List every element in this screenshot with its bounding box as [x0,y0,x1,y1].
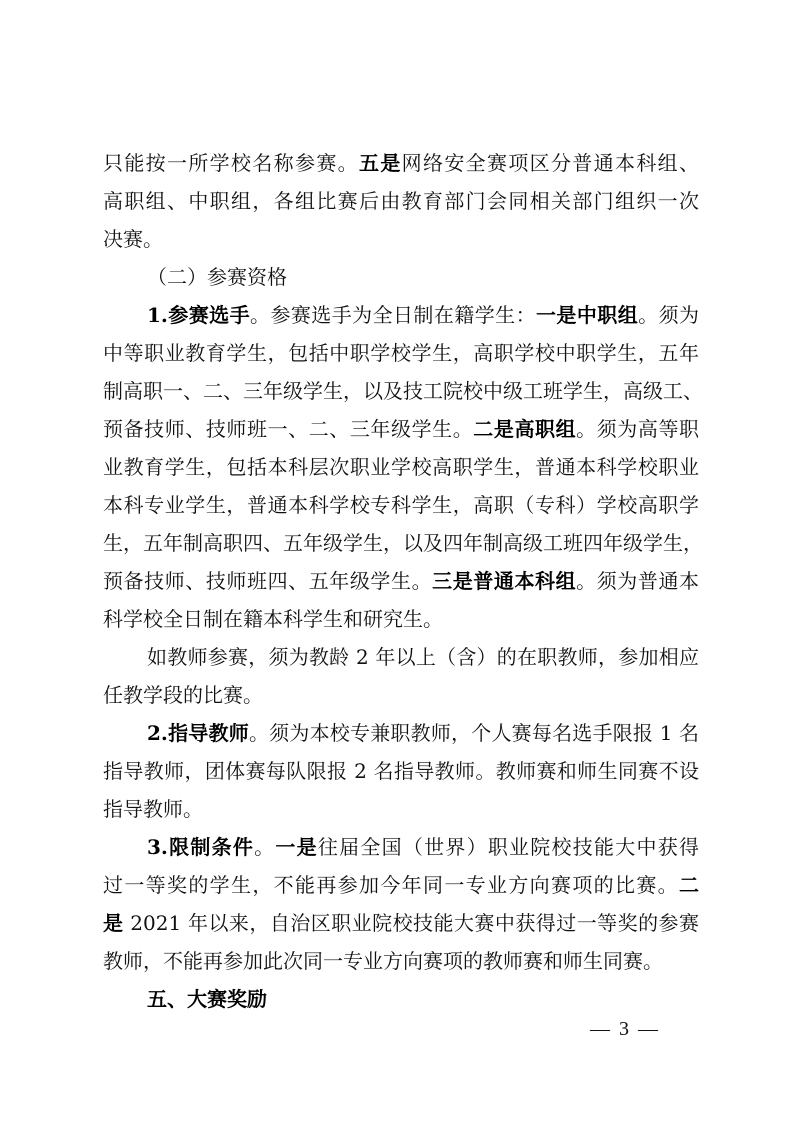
text: 预备技师、技师班一、二、三年级学生。 [103,417,473,441]
bold-text: 是 [103,911,123,935]
text-line: 教师，不能再参加此次同一专业方向赛项的教师赛和师生同赛。 [103,946,699,976]
text-line: 3.限制条件。一是往届全国（世界）职业院校技能大中获得 [147,832,699,862]
text: 教师，不能再参加此次同一专业方向赛项的教师赛和师生同赛。 [103,949,663,973]
page-number: — 3 — [590,1018,660,1041]
text: （二）参赛资格 [147,265,287,289]
text: 业教育学生，包括本科层次职业学校高职学生，普通本科学校职业 [103,455,699,479]
text: 。 [254,835,275,859]
text: 往届全国（世界）职业院校技能大中获得 [318,835,699,859]
text: 生，五年制高职四、五年级学生，以及四年制高级工班四年级学生， [103,531,699,555]
bold-text: 五、大赛奖励 [147,987,267,1011]
bold-text: 二是高职组 [473,417,576,441]
text: 指导教师。 [103,797,203,821]
text: 本科专业学生，普通本科学校专科学生，高职（专科）学校高职学 [103,493,699,517]
text: 如教师参赛，须为教龄 2 年以上（含）的在职教师，参加相应 [147,645,699,669]
text-line: 1.参赛选手。参赛选手为全日制在籍学生：一是中职组。须为 [147,300,699,330]
text-line: 预备技师、技师班一、二、三年级学生。二是高职组。须为高等职 [103,414,699,444]
text: 。须为 [638,303,699,327]
section-heading: 五、大赛奖励 [147,984,699,1014]
text-line: 2.指导教师。须为本校专兼职教师，个人赛每名选手限报 1 名 [147,718,699,748]
text-line: 只能按一所学校名称参赛。五是网络安全赛项区分普通本科组、 [103,148,699,178]
text: 。参赛选手为全日制在籍学生： [250,303,536,327]
text: 高职组、中职组，各组比赛后由教育部门会同相关部门组织一次 [103,189,699,213]
bold-text: 三是普通本科组 [432,569,576,593]
text: 预备技师、技师班四、五年级学生。 [103,569,432,593]
text: 。须为普通本 [576,569,699,593]
text: 中等职业教育学生，包括中职学校学生，高职学校中职学生，五年 [103,341,699,365]
text: 指导教师，团体赛每队限报 2 名指导教师。教师赛和师生同赛不设 [103,759,699,783]
text-line: 指导教师。 [103,794,699,824]
text-line: 科学校全日制在籍本科学生和研究生。 [103,604,699,634]
text-line: 过一等奖的学生，不能再参加今年同一专业方向赛项的比赛。二 [103,870,699,900]
text: 制高职一、二、三年级学生，以及技工院校中级工班学生，高级工、 [103,379,699,403]
text-line: 任教学段的比赛。 [103,680,699,710]
text-line: 业教育学生，包括本科层次职业学校高职学生，普通本科学校职业 [103,452,699,482]
text: 网络安全赛项区分普通本科组、 [402,151,699,175]
text: 决赛。 [103,227,163,251]
text: 2021 年以来，自治区职业院校技能大赛中获得过一等奖的参赛 [123,911,699,935]
text-line: 是 2021 年以来，自治区职业院校技能大赛中获得过一等奖的参赛 [103,908,699,938]
document-page: 只能按一所学校名称参赛。五是网络安全赛项区分普通本科组、高职组、中职组，各组比赛… [0,0,793,1122]
text: 。须为高等职 [576,417,699,441]
text-line: 高职组、中职组，各组比赛后由教育部门会同相关部门组织一次 [103,186,699,216]
bold-text: 五是 [359,151,402,175]
text: 科学校全日制在籍本科学生和研究生。 [103,607,443,631]
text-line: 决赛。 [103,224,699,254]
text-line: 中等职业教育学生，包括中职学校学生，高职学校中职学生，五年 [103,338,699,368]
bold-text: 二 [679,873,699,897]
text-line: 如教师参赛，须为教龄 2 年以上（含）的在职教师，参加相应 [147,642,699,672]
text: 只能按一所学校名称参赛。 [103,151,359,175]
text-line: 生，五年制高职四、五年级学生，以及四年制高级工班四年级学生， [103,528,699,558]
text-line: 预备技师、技师班四、五年级学生。三是普通本科组。须为普通本 [103,566,699,596]
bold-text: 一是中职组 [536,303,638,327]
bold-text: 3.限制条件 [147,835,254,859]
bold-text: 1.参赛选手 [147,303,250,327]
text: 任教学段的比赛。 [103,683,263,707]
bold-text: 一是 [275,835,318,859]
text: 过一等奖的学生，不能再参加今年同一专业方向赛项的比赛。 [103,873,679,897]
bold-text: 2.指导教师 [147,721,249,745]
text-line: （二）参赛资格 [147,262,699,292]
text-line: 指导教师，团体赛每队限报 2 名指导教师。教师赛和师生同赛不设 [103,756,699,786]
text-line: 制高职一、二、三年级学生，以及技工院校中级工班学生，高级工、 [103,376,699,406]
text-line: 本科专业学生，普通本科学校专科学生，高职（专科）学校高职学 [103,490,699,520]
text: 。须为本校专兼职教师，个人赛每名选手限报 1 名 [249,721,699,745]
